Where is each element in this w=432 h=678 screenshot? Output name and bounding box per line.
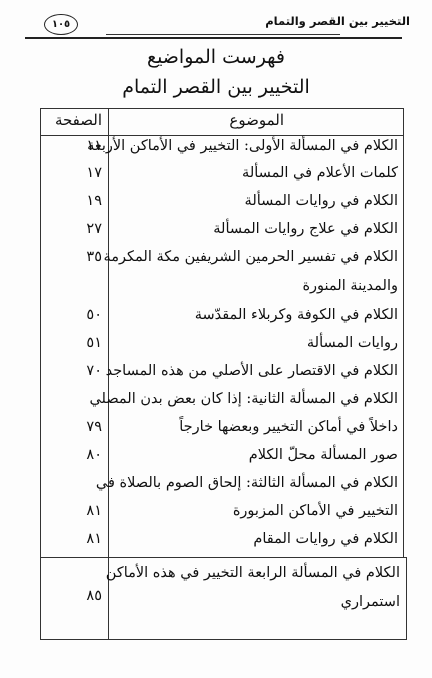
- document-page: ١٠٥ التخيير بين القصر والتمام فهرست المو…: [0, 0, 432, 678]
- page-number: ٨٥: [50, 588, 102, 604]
- topic-text-continued: التخيير في الأماكن المزبورة: [233, 503, 398, 519]
- page-number: ٨١: [50, 531, 102, 547]
- page-number: ١٩: [50, 193, 102, 209]
- book-title: التخيير بين القصر التمام: [0, 76, 432, 98]
- page-number: ٨١: [50, 503, 102, 519]
- topic-text: الكلام في المسألة الأولى: التخيير في الأ…: [116, 138, 398, 154]
- index-title: فهرست المواضيع: [0, 46, 432, 68]
- page-number: ٥١: [50, 335, 102, 351]
- header-separator: [40, 135, 404, 136]
- topic-text: كلمات الأعلام في المسألة: [242, 165, 398, 181]
- page-number: ١١: [50, 138, 102, 154]
- topic-text: الكلام في روايات المقام: [253, 531, 398, 547]
- page-number: ٥٠: [50, 307, 102, 323]
- topic-text-continued: والمدينة المنورة: [302, 278, 398, 294]
- topic-text: روايات المسألة: [307, 335, 398, 351]
- topic-text-continued: استمراري: [341, 594, 400, 610]
- page-number-badge: ١٠٥: [44, 14, 78, 35]
- topic-text-continued: داخلاً في أماكن التخيير وبعضها خارجاً: [179, 419, 398, 435]
- page-number: ٨٠: [50, 447, 102, 463]
- column-header-topic: الموضوع: [229, 111, 284, 129]
- header-rule-thin: [106, 34, 340, 35]
- topic-text: صور المسألة محلّ الكلام: [249, 447, 398, 463]
- topic-text: الكلام في المسألة الثالثة: إلحاق الصوم ب…: [116, 475, 398, 491]
- topic-text: الكلام في علاج روايات المسألة: [213, 221, 398, 237]
- topic-text: الكلام في تفسير الحرمين الشريفين مكة الم…: [116, 249, 398, 265]
- topic-text: الكلام في المسألة الثانية: إذا كان بعض ب…: [116, 391, 398, 407]
- page-number: ٣٥: [50, 249, 102, 265]
- page-number: ١٧: [50, 165, 102, 181]
- topic-text: الكلام في الاقتصار على الأصلي من هذه الم…: [106, 363, 398, 379]
- page-number: ٧٩: [50, 419, 102, 435]
- topic-text: الكلام في روايات المسألة: [245, 193, 398, 209]
- running-title: التخيير بين القصر والتمام: [265, 14, 410, 28]
- topic-text: الكلام في المسألة الرابعة التخيير في هذه…: [118, 565, 400, 581]
- page-number: ٢٧: [50, 221, 102, 237]
- column-header-page: الصفحة: [55, 111, 102, 129]
- running-header: ١٠٥ التخيير بين القصر والتمام: [20, 8, 410, 44]
- topic-text: الكلام في الكوفة وكربلاء المقدّسة: [195, 307, 398, 323]
- page-number: ٧٠: [50, 363, 102, 379]
- header-rule-thick: [25, 37, 402, 39]
